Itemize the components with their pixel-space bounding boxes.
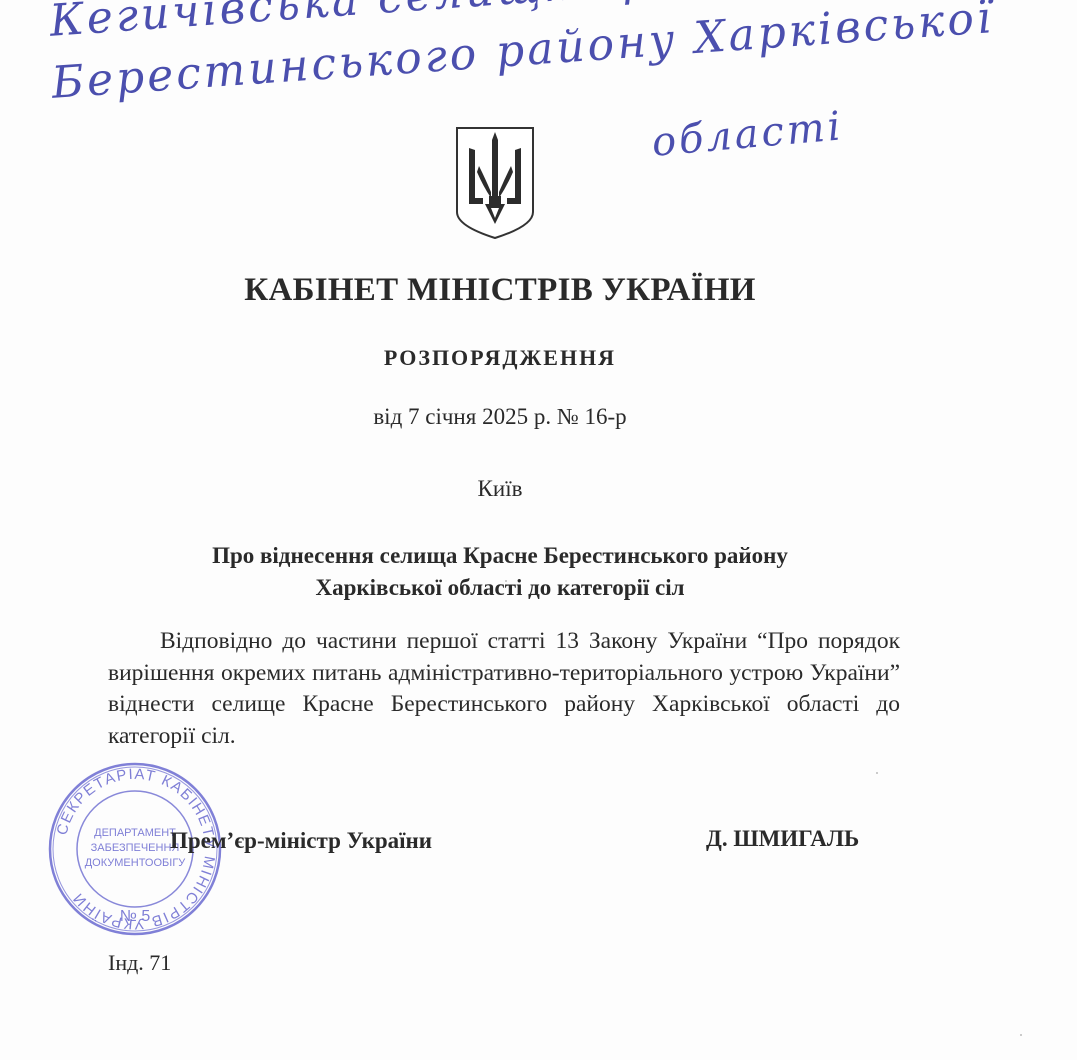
subject-line: Харківської області до категорії сіл: [0, 572, 1000, 604]
signer-title: Прем’єр-міністр України: [170, 828, 432, 854]
scan-speck: [876, 772, 878, 774]
stamp-center-line: ДЕПАРТАМЕНТ: [94, 827, 176, 839]
document-index: Інд. 71: [108, 950, 171, 976]
document-type: РОЗПОРЯДЖЕННЯ: [0, 345, 1000, 371]
document-city: Київ: [0, 476, 1000, 502]
stamp-center-line: ДОКУМЕНТООБІГУ: [85, 857, 187, 869]
coat-of-arms-of-ukraine-icon: [455, 126, 535, 240]
stamp-number: № 5: [120, 908, 151, 925]
document-body-paragraph: Відповідно до частини першої статті 13 З…: [108, 626, 900, 752]
document-subject: Про віднесення селища Красне Берестинськ…: [0, 540, 1000, 604]
scan-speck: [505, 580, 507, 582]
stamp-center-line: ЗАБЕЗПЕЧЕННЯ: [91, 842, 180, 854]
subject-line: Про віднесення селища Красне Берестинськ…: [0, 540, 1000, 572]
document-date-number: від 7 січня 2025 р. № 16-р: [0, 404, 1000, 430]
document-title: КАБІНЕТ МІНІСТРІВ УКРАЇНИ: [0, 272, 1000, 309]
handwritten-note-line: області: [650, 103, 845, 166]
signer-name: Д. ШМИГАЛЬ: [706, 826, 859, 852]
scan-speck: [1020, 1034, 1022, 1036]
